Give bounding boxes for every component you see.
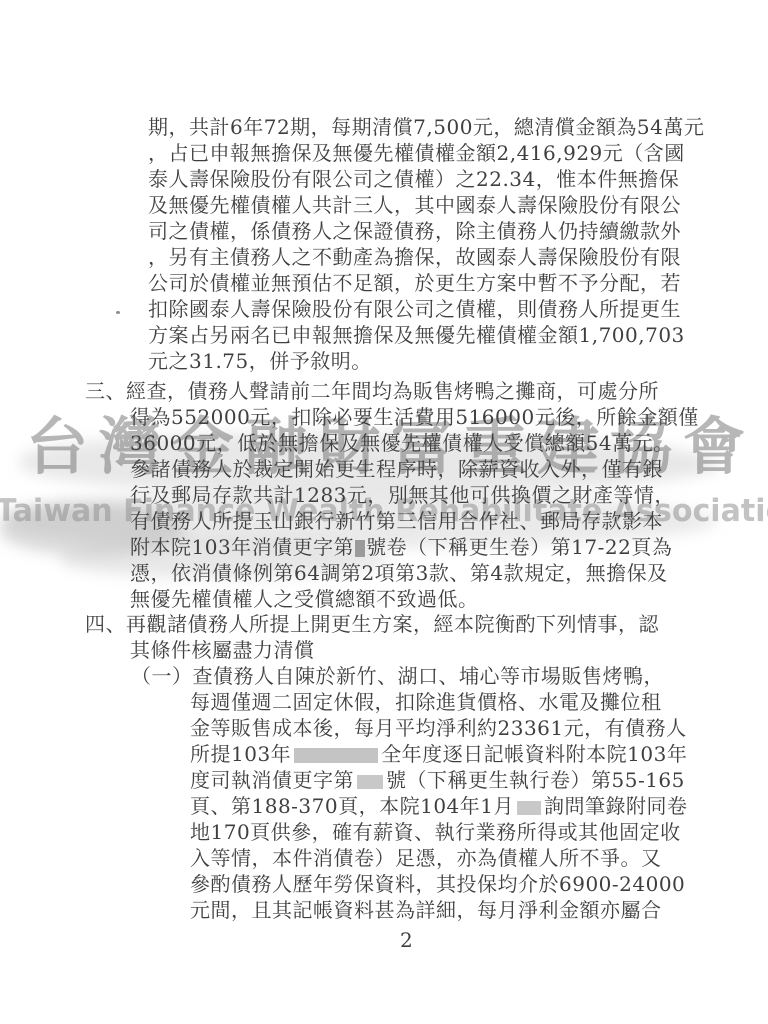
- doc-line: 參酌債務人歷年勞保資料，其投保均介於6900-24000: [0, 871, 768, 897]
- doc-line: 元間，且其記帳資料甚為詳細，每月淨利金額亦屬合: [0, 897, 768, 923]
- doc-line: ，占已申報無擔保及無優先權債權金額2,416,929元（含國: [0, 140, 768, 166]
- doc-text: 號（下稱更生執行卷）第55-165: [386, 768, 685, 792]
- paragraph-continuation: 期，共計6年72期，每期清償7,500元，總清償金額為54萬元 ，占已申報無擔保…: [0, 114, 768, 374]
- doc-line: 頁、第188-370頁，本院104年1月詢問筆錄附同卷: [0, 793, 768, 819]
- redaction-box: [357, 775, 383, 789]
- subsection-one: （一）查債務人自陳於新竹、湖口、埔心等市場販售烤鴨， 每週僅週二固定休假，扣除進…: [0, 663, 768, 923]
- doc-line: ，另有主債務人之不動產為擔保，故國泰人壽保險股份有限: [0, 244, 768, 270]
- doc-line: 得為552000元，扣除必要生活費用516000元後，所餘金額僅: [0, 404, 768, 430]
- page-number: 2: [400, 928, 413, 952]
- section-three: 三、經查，債務人聲請前二年間均為販售烤鴨之攤商，可處分所 得為552000元，扣…: [0, 378, 768, 612]
- doc-line: 方案占另兩名已申報無擔保及無優先權債權金額1,700,703: [0, 322, 768, 348]
- doc-line: 每週僅週二固定休假，扣除進貨價格、水電及攤位租: [0, 689, 768, 715]
- doc-line: 行及郵局存款共計1283元，別無其他可供換價之財產等情，: [0, 482, 768, 508]
- doc-text: 詢問筆錄附同卷: [544, 794, 688, 818]
- doc-text: 附本院103年消債更字第: [130, 535, 354, 559]
- doc-line: 及無優先權債權人共計三人，其中國泰人壽保險股份有限公: [0, 192, 768, 218]
- redaction-box: [294, 748, 378, 763]
- doc-line: 三、經查，債務人聲請前二年間均為販售烤鴨之攤商，可處分所: [0, 378, 768, 404]
- doc-line: 扣除國泰人壽保險股份有限公司之債權，則債務人所提更生: [0, 296, 768, 322]
- doc-line: 附本院103年消債更字第號卷（下稱更生卷）第17-22頁為: [0, 534, 768, 560]
- doc-line: 無優先權債權人之受償總額不致過低。: [0, 586, 768, 612]
- redaction-box: [355, 540, 365, 557]
- doc-line: 憑，依消債條例第64調第2項第3款、第4款規定，無擔保及: [0, 560, 768, 586]
- doc-line: 有債務人所提玉山銀行新竹第三信用合作社、郵局存款影本: [0, 508, 768, 534]
- doc-line: （一）查債務人自陳於新竹、湖口、埔心等市場販售烤鴨，: [0, 663, 768, 689]
- doc-line: 地170頁供參，確有薪資、執行業務所得或其他固定收: [0, 819, 768, 845]
- doc-line: 元之31.75，併予敘明。: [0, 348, 768, 374]
- scanned-document-page: 台灣金融財富重建協會 Taiwan Finance Wealth Rehabil…: [0, 0, 768, 1024]
- doc-line: 泰人壽保險股份有限公司之債權）之22.34，惟本件無擔保: [0, 166, 768, 192]
- doc-text: 度司執消債更字第: [190, 768, 354, 792]
- redaction-box: [517, 801, 541, 815]
- doc-line: 度司執消債更字第號（下稱更生執行卷）第55-165: [0, 767, 768, 793]
- doc-line: 公司於債權並無預估不足額，於更生方案中暫不予分配，若: [0, 270, 768, 296]
- doc-line: 參諸債務人於裁定開始更生程序時，除薪資收入外，僅有銀: [0, 456, 768, 482]
- section-four: 四、再觀諸債務人所提上開更生方案，經本院衡酌下列情事，認 其條件核屬盡力清償: [0, 611, 768, 663]
- doc-line: 期，共計6年72期，每期清償7,500元，總清償金額為54萬元: [0, 114, 768, 140]
- doc-text: 頁、第188-370頁，本院104年1月: [190, 794, 514, 818]
- doc-line: 其條件核屬盡力清償: [0, 637, 768, 663]
- doc-line: 所提103年全年度逐日記帳資料附本院103年: [0, 741, 768, 767]
- doc-line: 入等情，本件消債卷）足憑，亦為債權人所不爭。又: [0, 845, 768, 871]
- doc-line: 四、再觀諸債務人所提上開更生方案，經本院衡酌下列情事，認: [0, 611, 768, 637]
- doc-text: 號卷（下稱更生卷）第17-22頁為: [366, 535, 672, 559]
- doc-text: 全年度逐日記帳資料附本院103年: [381, 742, 687, 766]
- doc-line: 金等販售成本後，每月平均淨利約23361元，有債務人: [0, 715, 768, 741]
- doc-text: 所提103年: [190, 742, 291, 766]
- doc-line: 司之債權，係債務人之保證債務，除主債務人仍持續繳款外: [0, 218, 768, 244]
- doc-line: 36000元，低於無擔保及無優先權債權人受償總額54萬元。: [0, 430, 768, 456]
